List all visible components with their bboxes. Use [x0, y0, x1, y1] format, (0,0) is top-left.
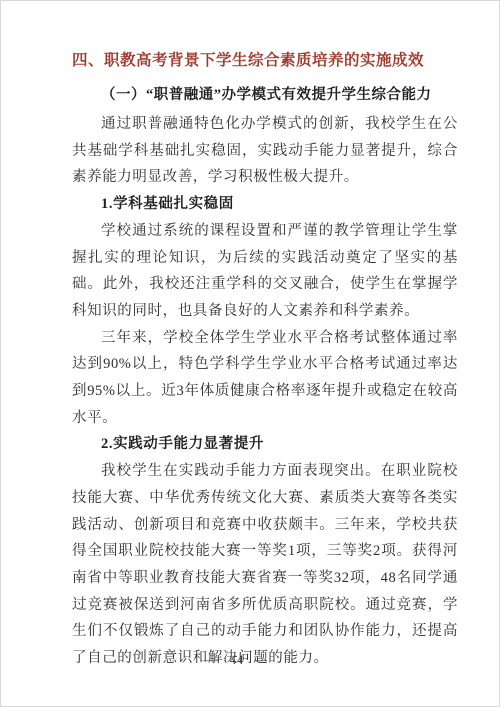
numbered-heading-2: 2.实践动手能力显著提升 [72, 431, 458, 458]
paragraph: 三年来，学校全体学生学业水平合格考试整体通过率达到90%以上，特色学科学生学业水… [72, 325, 458, 432]
section-heading: 四、职教高考背景下学生综合素质培养的实施成效 [72, 50, 458, 72]
page-number: — 44 — [1, 653, 473, 668]
paragraph: 通过职普融通特色化办学模式的创新，我校学生在公共基础学科基础扎实稳固，实践动手能… [72, 111, 458, 191]
numbered-heading-1: 1.学科基础扎实稳固 [72, 191, 458, 218]
subsection-heading: （一）“职普融通”办学模式有效提升学生综合能力 [72, 83, 458, 107]
paragraph: 我校学生在实践动手能力方面表现突出。在职业院校技能大赛、中华优秀传统文化大赛、素… [72, 458, 458, 672]
document-page: 四、职教高考背景下学生综合素质培养的实施成效 （一）“职普融通”办学模式有效提升… [0, 0, 500, 707]
document-content: 四、职教高考背景下学生综合素质培养的实施成效 （一）“职普融通”办学模式有效提升… [72, 50, 458, 672]
paragraph: 学校通过系统的课程设置和严谨的教学管理让学生掌握扎实的理论知识，为后续的实践活动… [72, 218, 458, 325]
